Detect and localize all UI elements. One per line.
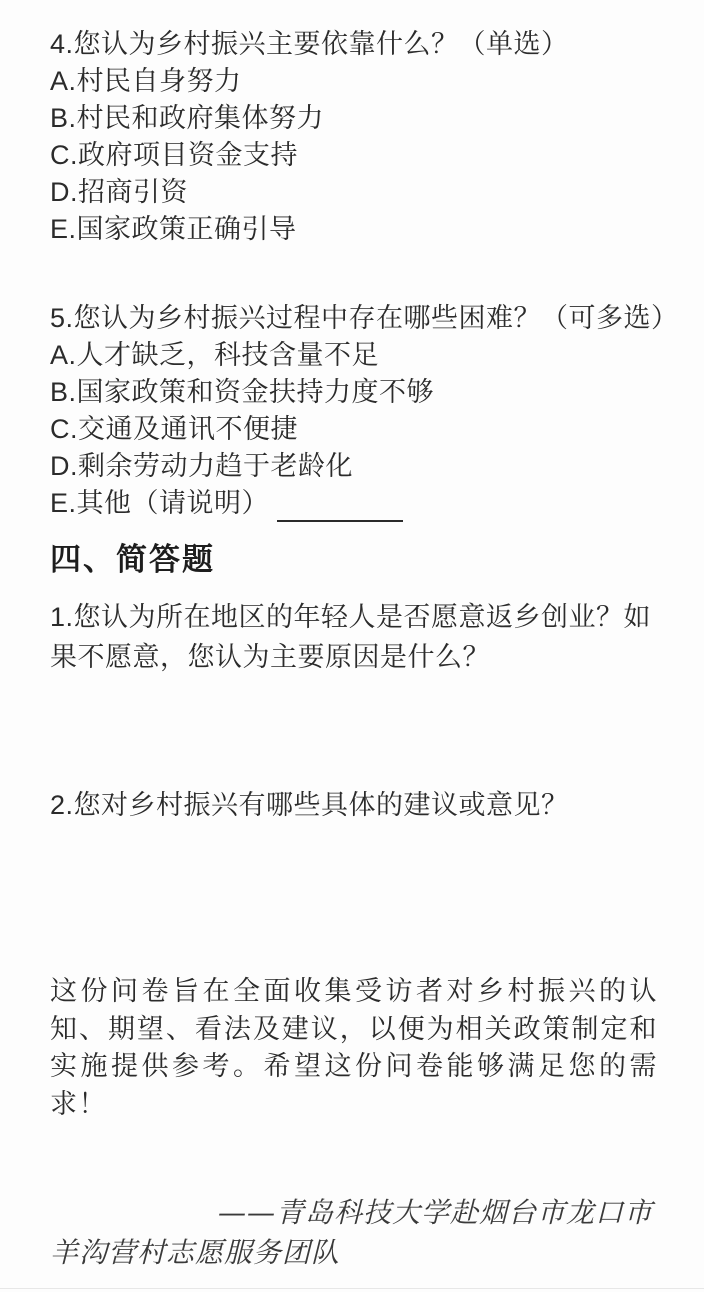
closing-note: 这份问卷旨在全面收集受访者对乡村振兴的认知、期望、看法及建议，以便为相关政策制定… (50, 973, 658, 1123)
question-4-option-d: D.招商引资 (50, 174, 658, 211)
question-4-option-c: C.政府项目资金支持 (50, 137, 658, 174)
question-4-option-e: E.国家政策正确引导 (50, 211, 658, 248)
answer-blank-line (277, 490, 403, 522)
question-5-block: 5.您认为乡村振兴过程中存在哪些困难？（可多选） A.人才缺乏，科技含量不足 B… (50, 300, 658, 522)
question-5-option-e: E.其他（请说明） (50, 485, 658, 522)
question-5-option-b: B.国家政策和资金扶持力度不够 (50, 374, 658, 411)
question-5-title: 5.您认为乡村振兴过程中存在哪些困难？（可多选） (50, 300, 658, 337)
question-4-block: 4.您认为乡村振兴主要依靠什么？（单选） A.村民自身努力 B.村民和政府集体努… (50, 26, 658, 248)
question-5-option-e-label: E.其他（请说明） (50, 485, 269, 522)
short-answer-question-1: 1.您认为所在地区的年轻人是否愿意返乡创业？如果不愿意，您认为主要原因是什么？ (50, 597, 658, 677)
section-heading-short-answer: 四、简答题 (50, 538, 658, 582)
question-5-option-a: A.人才缺乏，科技含量不足 (50, 337, 658, 374)
bottom-divider (0, 1288, 704, 1289)
question-5-option-d: D.剩余劳动力趋于老龄化 (50, 448, 658, 485)
signature-line: ——青岛科技大学赴烟台市龙口市羊沟营村志愿服务团队 (50, 1193, 658, 1273)
question-4-option-a: A.村民自身努力 (50, 63, 658, 100)
question-4-option-b: B.村民和政府集体努力 (50, 100, 658, 137)
question-5-option-c: C.交通及通讯不便捷 (50, 411, 658, 448)
questionnaire-page: 4.您认为乡村振兴主要依靠什么？（单选） A.村民自身努力 B.村民和政府集体努… (0, 0, 704, 1273)
question-4-title: 4.您认为乡村振兴主要依靠什么？（单选） (50, 26, 658, 63)
short-answer-question-2: 2.您对乡村振兴有哪些具体的建议或意见？ (50, 785, 658, 825)
